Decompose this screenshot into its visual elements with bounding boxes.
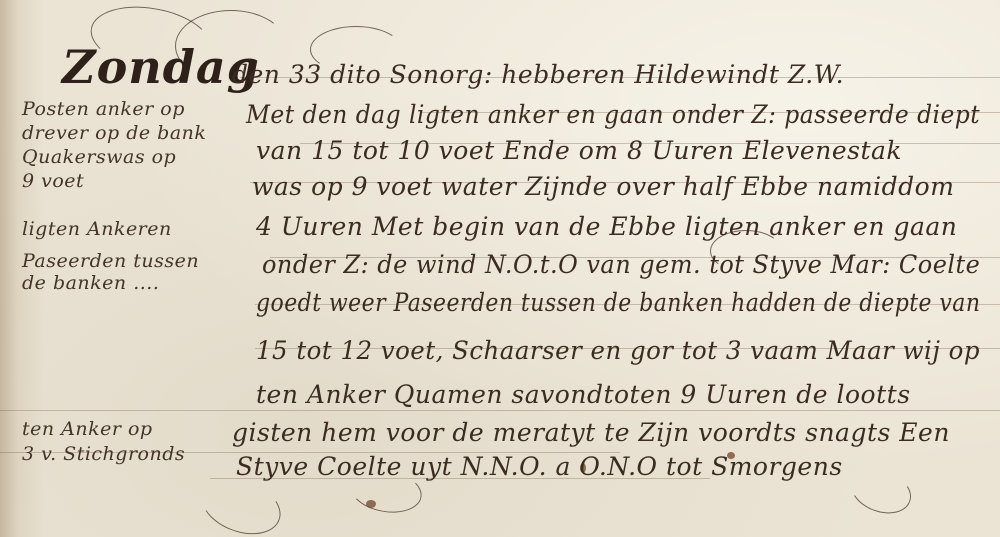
margin-note: Paseerden tussen [22,250,199,272]
margin-note: de banken .... [22,272,159,294]
ink-blot [366,500,376,508]
log-line: 4 Uuren Met begin van de Ebbe ligten ank… [256,212,957,241]
margin-note: 3 v. Stichgronds [22,443,185,465]
log-line: ten Anker Quamen savondtoten 9 Uuren de … [256,380,911,409]
manuscript-page: Zondag Posten anker op drever op de bank… [0,0,1000,537]
margin-note: ligten Ankeren [22,218,172,240]
day-heading: Zondag [62,40,260,94]
log-line: goedt weer Paseerden tussen de banken ha… [256,288,980,317]
log-line: Met den dag ligten anker en gaan onder Z… [246,100,980,129]
log-line: Styve Coelte uyt N.N.O. a O.N.O tot Smor… [236,452,843,481]
margin-note: drever op de bank [22,122,206,144]
log-line: gisten hem voor de meratyt te Zijn voord… [232,418,950,447]
margin-note: Quakerswas op [22,146,176,168]
margin-note: Posten anker op [22,98,185,120]
flourish-ornament [845,461,918,522]
log-line: was op 9 voet water Zijnde over half Ebb… [252,172,954,201]
margin-note: 9 voet [22,170,84,192]
log-line: den 33 dito Sonorg: hebberen Hildewindt … [232,60,844,89]
ruled-line [0,410,1000,411]
log-line: 15 tot 12 voet, Schaarser en gor tot 3 v… [256,336,980,365]
log-line: van 15 tot 10 voet Ende om 8 Uuren Eleve… [256,136,902,165]
margin-note: ten Anker op [22,418,153,440]
log-line: onder Z: de wind N.O.t.O van gem. tot St… [262,250,980,279]
